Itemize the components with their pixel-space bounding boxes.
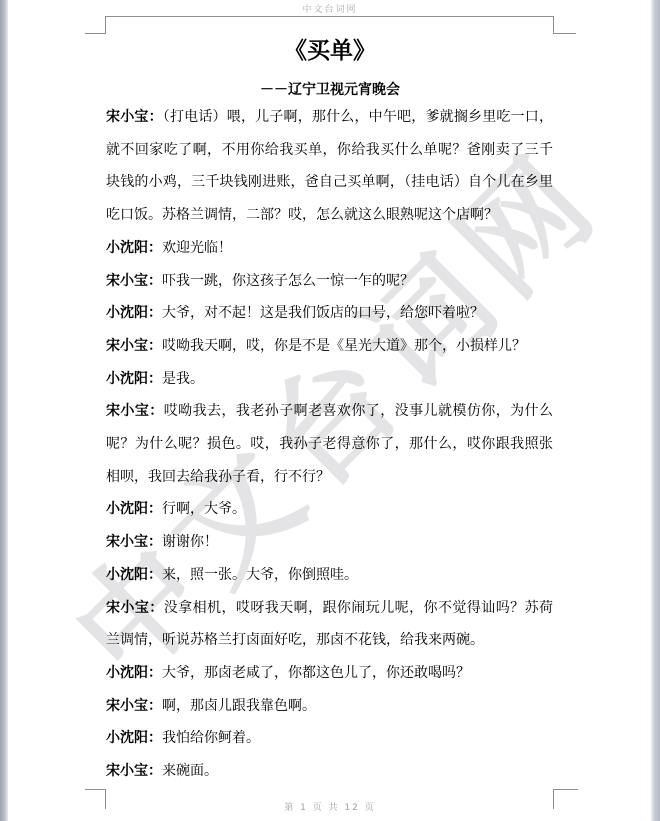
speaker-name: 小沈阳： xyxy=(106,240,162,256)
speaker-name: 小沈阳： xyxy=(106,501,162,517)
dialogue-paragraph: 小沈阳：欢迎光临！ xyxy=(106,232,553,265)
dialogue-paragraph: 小沈阳：是我。 xyxy=(106,363,553,396)
speaker-name: 宋小宝： xyxy=(106,763,162,779)
dialogue-paragraph: 宋小宝：啊，那卤儿跟我靠色啊。 xyxy=(106,690,553,723)
speaker-name: 小沈阳： xyxy=(106,730,162,746)
dialogue-paragraph: 小沈阳：行啊，大爷。 xyxy=(106,493,553,526)
speaker-name: 宋小宝： xyxy=(106,698,162,714)
dialogue-paragraph: 宋小宝：谢谢你！ xyxy=(106,526,553,559)
dialogue-text: 吓我一跳，你这孩子怎么一惊一乍的呢？ xyxy=(162,273,414,289)
dialogue-text: 啊，那卤儿跟我靠色啊。 xyxy=(162,698,316,714)
document-title: 《买单》 xyxy=(0,32,660,65)
dialogue-text: 是我。 xyxy=(162,371,204,387)
document-subtitle: －－辽宁卫视元宵晚会 xyxy=(0,79,660,99)
speaker-name: 小沈阳： xyxy=(106,371,162,387)
speaker-name: 宋小宝： xyxy=(106,534,162,550)
speaker-name: 宋小宝： xyxy=(106,403,164,419)
window-edge-left xyxy=(0,0,8,821)
speaker-name: 宋小宝： xyxy=(106,338,162,354)
header-rule xyxy=(105,16,554,17)
dialogue-text: 我怕给你鲄着。 xyxy=(162,730,260,746)
dialogue-paragraph: 宋小宝：没拿相机，哎呀我天啊，跟你闹玩儿呢，你不觉得讪吗？苏荷兰调情，听说苏格兰… xyxy=(106,592,553,657)
margin-mark-top-left xyxy=(85,16,106,34)
dialogue-paragraph: 小沈阳：大爷，对不起！这是我们饭店的口号，给您吓着啦？ xyxy=(106,297,553,330)
dialogue-text: 大爷，对不起！这是我们饭店的口号，给您吓着啦？ xyxy=(162,305,484,321)
dialogue-paragraph: 宋小宝：（打电话）喂，儿子啊，那什么，中午吧，爹就搁乡里吃一口，就不回家吃了啊，… xyxy=(106,101,553,232)
speaker-name: 小沈阳： xyxy=(106,665,162,681)
dialogue-text: 哎呦我天啊，哎，你是不是《星光大道》那个，小损样儿？ xyxy=(162,338,526,354)
speaker-name: 宋小宝： xyxy=(106,109,163,125)
dialogue-text: 来，照一张。大爷，你倒照哇。 xyxy=(162,567,358,583)
document-page: { "header": { "site_name": "中文台词网" }, "d… xyxy=(0,0,660,821)
dialogue-text: （打电话）喂，儿子啊，那什么，中午吧，爹就搁乡里吃一口，就不回家吃了啊，不用你给… xyxy=(106,109,553,223)
dialogue-paragraph: 宋小宝：来碗面。 xyxy=(106,755,553,788)
dialogue-text: 来碗面。 xyxy=(162,763,218,779)
footer-page-number: 第 1 页 共 12 页 xyxy=(0,800,660,813)
speaker-name: 小沈阳： xyxy=(106,305,162,321)
dialogue-paragraph: 小沈阳：我怕给你鲄着。 xyxy=(106,722,553,755)
dialogue-paragraph: 宋小宝：哎呦我去，我老孙子啊老喜欢你了，没事儿就模仿你，为什么呢？为什么呢？损色… xyxy=(106,395,553,493)
dialogue-paragraph: 宋小宝：吓我一跳，你这孩子怎么一惊一乍的呢？ xyxy=(106,265,553,298)
dialogue-container: 宋小宝：（打电话）喂，儿子啊，那什么，中午吧，爹就搁乡里吃一口，就不回家吃了啊，… xyxy=(106,101,553,788)
dialogue-text: 大爷，那卤老咸了，你都这色儿了，你还敢喝吗？ xyxy=(162,665,470,681)
window-edge-right xyxy=(651,0,660,821)
dialogue-paragraph: 小沈阳：来，照一张。大爷，你倒照哇。 xyxy=(106,559,553,592)
margin-mark-top-right xyxy=(553,16,576,34)
dialogue-text: 行啊，大爷。 xyxy=(162,501,246,517)
dialogue-paragraph: 宋小宝：哎呦我天啊，哎，你是不是《星光大道》那个，小损样儿？ xyxy=(106,330,553,363)
dialogue-text: 哎呦我去，我老孙子啊老喜欢你了，没事儿就模仿你，为什么呢？为什么呢？损色。哎，我… xyxy=(106,403,553,484)
dialogue-paragraph: 小沈阳：大爷，那卤老咸了，你都这色儿了，你还敢喝吗？ xyxy=(106,657,553,690)
speaker-name: 宋小宝： xyxy=(106,600,164,616)
speaker-name: 宋小宝： xyxy=(106,273,162,289)
speaker-name: 小沈阳： xyxy=(106,567,162,583)
header-site-name: 中文台词网 xyxy=(0,2,660,15)
dialogue-text: 没拿相机，哎呀我天啊，跟你闹玩儿呢，你不觉得讪吗？苏荷兰调情，听说苏格兰打卤面好… xyxy=(106,600,553,649)
dialogue-text: 谢谢你！ xyxy=(162,534,218,550)
dialogue-text: 欢迎光临！ xyxy=(162,240,232,256)
